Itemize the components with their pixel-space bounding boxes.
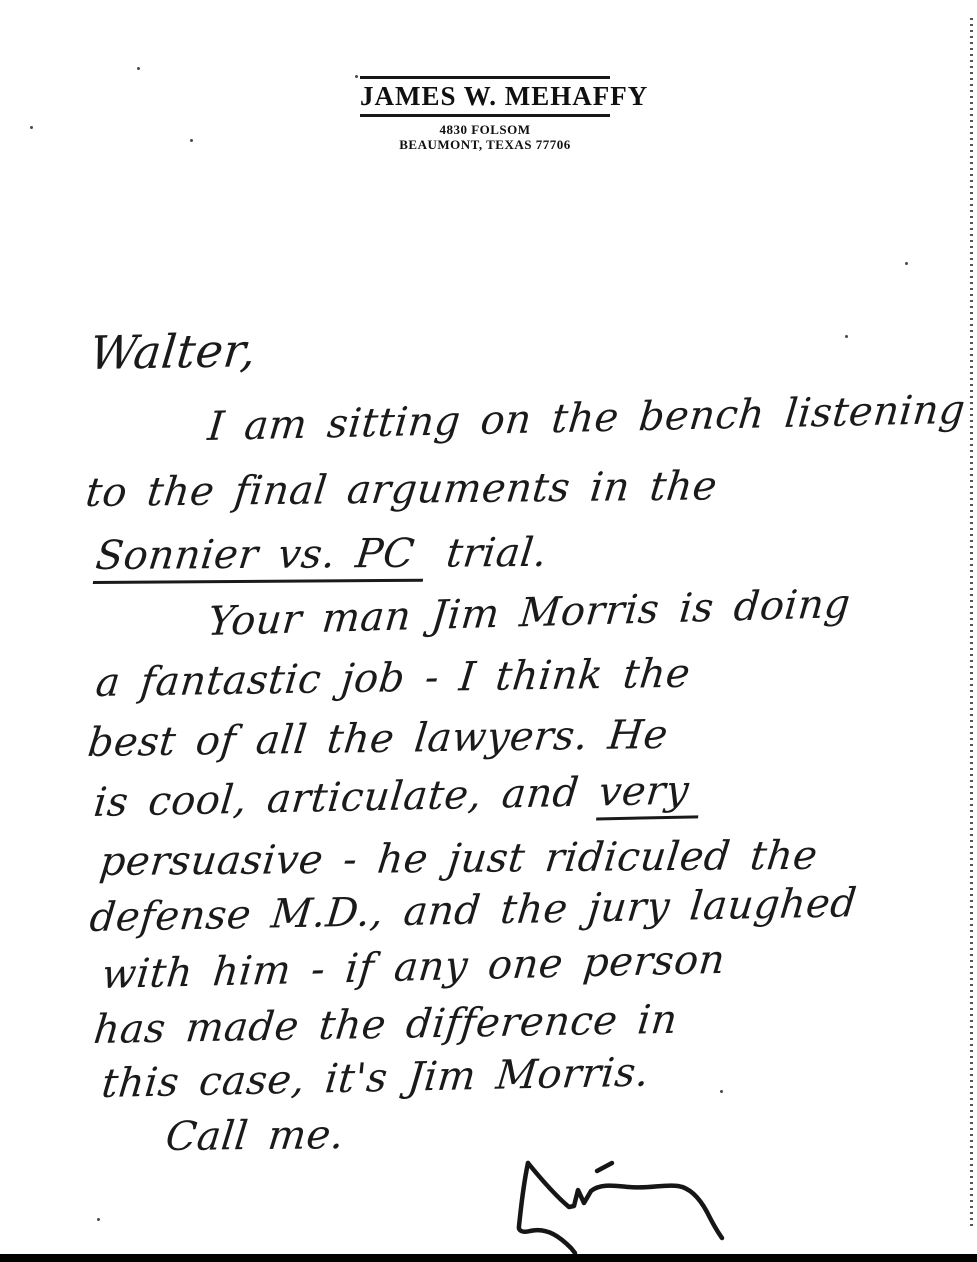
line-text: has made the difference in [92, 997, 680, 1053]
scan-speck [720, 1090, 723, 1093]
handwritten-line: is cool, articulate, and very [92, 767, 704, 826]
line-text: is cool, articulate, and [92, 769, 602, 826]
line-text: to the final arguments in the [83, 463, 719, 516]
scan-noise-strip [970, 18, 973, 1230]
handwritten-line: persuasive - he just ridiculed the [97, 833, 820, 885]
handwritten-line: I am sitting on the bench listening [206, 387, 968, 450]
line-text: persuasive - he just ridiculed the [97, 833, 820, 885]
line-text: with him - if any one person [100, 937, 728, 998]
scan-speck [97, 1218, 100, 1221]
scanned-letter-page: JAMES W. MEHAFFY 4830 FOLSOM BEAUMONT, T… [0, 0, 977, 1262]
line-underlined-text: Sonnier vs. PC [93, 531, 429, 584]
line-underlined-text: very [596, 767, 703, 820]
line-text: Your man Jim Morris is doing [206, 581, 853, 645]
handwritten-line-case-name: Sonnier vs. PC trial. [93, 530, 549, 579]
signature [440, 1140, 740, 1262]
scan-speck [137, 67, 140, 70]
line-text: Call me. [163, 1112, 346, 1160]
handwritten-line: to the final arguments in the [83, 463, 719, 516]
signature-stroke-main [528, 1163, 722, 1238]
handwritten-line: a fantastic job - I think the [94, 651, 693, 706]
handwritten-line: with him - if any one person [100, 937, 728, 998]
scan-speck [905, 262, 908, 265]
handwritten-line: Your man Jim Morris is doing [206, 581, 853, 645]
scan-speck [355, 75, 358, 78]
line-text: I am sitting on the bench listening [206, 387, 968, 450]
scan-speck [30, 126, 33, 129]
handwritten-line: has made the difference in [92, 997, 680, 1053]
scan-speck [845, 335, 848, 338]
handwritten-line: defense M.D., and the jury laughed [88, 880, 859, 941]
letterhead-name: JAMES W. MEHAFFY [360, 79, 610, 114]
line-text: best of all the lawyers. He [85, 712, 670, 766]
signature-stroke-tick [597, 1163, 612, 1171]
handwritten-line: best of all the lawyers. He [85, 712, 670, 766]
letterhead-address-line2: BEAUMONT, TEXAS 77706 [360, 138, 610, 153]
handwritten-line: this case, it's Jim Morris. [100, 1049, 652, 1107]
letterhead: JAMES W. MEHAFFY 4830 FOLSOM BEAUMONT, T… [360, 76, 610, 153]
line-text: this case, it's Jim Morris. [100, 1049, 652, 1107]
letterhead-rule-bottom [360, 114, 610, 117]
line-text: trial. [424, 530, 550, 577]
handwritten-line-closing: Call me. [163, 1112, 346, 1160]
signature-stroke-j-loop [519, 1163, 575, 1253]
letterhead-address-line1: 4830 FOLSOM [360, 123, 610, 138]
scan-speck [190, 139, 193, 142]
handwritten-line-salutation: Walter, [87, 323, 259, 380]
line-text: Walter, [87, 323, 259, 380]
line-text: defense M.D., and the jury laughed [88, 880, 859, 941]
scan-edge-bar [0, 1254, 977, 1262]
line-text: a fantastic job - I think the [94, 651, 693, 706]
